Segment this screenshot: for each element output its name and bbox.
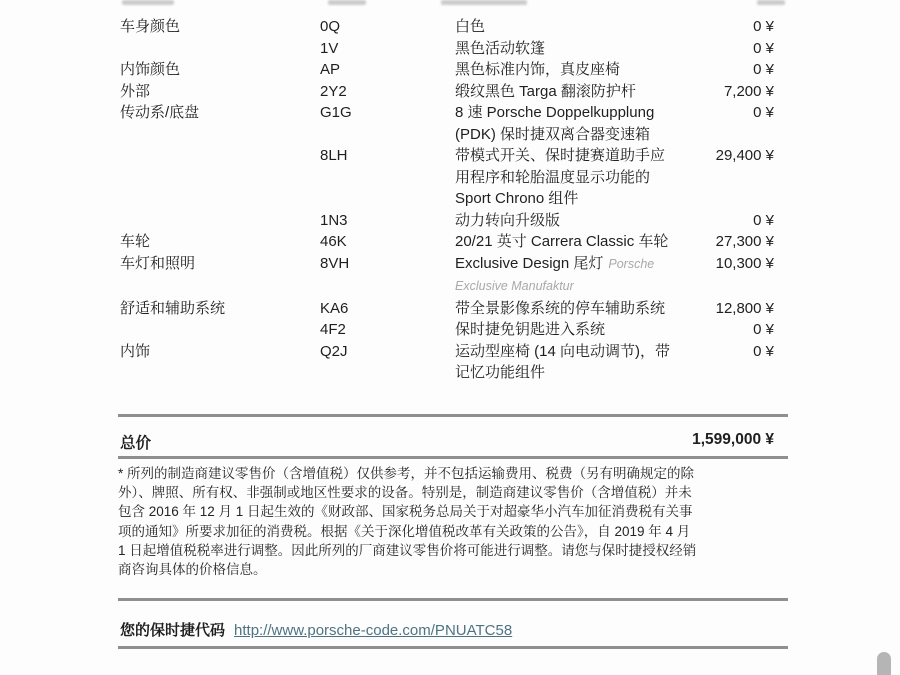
- description-text: Exclusive Design 尾灯: [455, 255, 603, 272]
- option-code-cell: 4F2: [320, 319, 455, 341]
- category-cell: 外部: [120, 81, 320, 103]
- option-code-cell: Q2J: [320, 341, 455, 363]
- category-cell: 传动系/底盘: [120, 102, 320, 124]
- price-cell: 0 ¥: [695, 210, 788, 232]
- table-row: 4F2 保时捷免钥匙进入系统 0 ¥: [120, 319, 788, 341]
- category-cell: 舒适和辅助系统: [120, 298, 320, 320]
- description-text: 带全景影像系统的停车辅助系统: [455, 300, 665, 317]
- description-text: 动力转向升级版: [455, 212, 560, 229]
- clipped-row-fragment: [441, 0, 527, 5]
- description-text: 20/21 英寸 Carrera Classic 车轮: [455, 233, 668, 250]
- option-code-cell: 8VH: [320, 253, 455, 275]
- description-cell: 带模式开关、保时捷赛道助手应 用程序和轮胎温度显示功能的 Sport Chron…: [455, 145, 695, 210]
- table-row: 车灯和照明 8VH Exclusive Design 尾灯Porsche Exc…: [120, 253, 788, 298]
- description-cell: 黑色活动软篷: [455, 38, 695, 60]
- category-cell: 车轮: [120, 231, 320, 253]
- option-code-cell: G1G: [320, 102, 455, 124]
- price-cell: 29,400 ¥: [695, 145, 788, 167]
- price-cell: 7,200 ¥: [695, 81, 788, 103]
- price-cell: 0 ¥: [695, 102, 788, 124]
- porsche-code-label: 您的保时捷代码: [120, 619, 225, 640]
- divider: [118, 456, 788, 459]
- table-row: 车轮 46K 20/21 英寸 Carrera Classic 车轮 27,30…: [120, 231, 788, 253]
- description-cell: 运动型座椅 (14 向电动调节)，带 记忆功能组件: [455, 341, 695, 384]
- description-cell: 20/21 英寸 Carrera Classic 车轮: [455, 231, 695, 253]
- options-table: 车身颜色 0Q 白色 0 ¥ 1V 黑色活动软篷 0 ¥ 内饰颜色 AP 黑色标…: [120, 16, 788, 384]
- description-text: 8 速 Porsche Doppelkupplung (PDK) 保时捷双离合器…: [455, 104, 654, 143]
- price-cell: 0 ¥: [695, 59, 788, 81]
- description-cell: 缎纹黑色 Targa 翻滚防护杆: [455, 81, 695, 103]
- description-cell: 黑色标准内饰，真皮座椅: [455, 59, 695, 81]
- description-text: 黑色标准内饰，真皮座椅: [455, 61, 620, 78]
- divider: [118, 598, 788, 601]
- total-label: 总价: [120, 431, 151, 453]
- category-cell: 车身颜色: [120, 16, 320, 38]
- description-text: 保时捷免钥匙进入系统: [455, 321, 605, 338]
- price-cell: 10,300 ¥: [695, 253, 788, 275]
- description-cell: Exclusive Design 尾灯Porsche Exclusive Man…: [455, 253, 695, 298]
- option-code-cell: 0Q: [320, 16, 455, 38]
- price-cell: 0 ¥: [695, 16, 788, 38]
- price-cell: 0 ¥: [695, 319, 788, 341]
- price-disclaimer-footnote: * 所列的制造商建议零售价（含增值税）仅供参考，并不包括运输费用、税费（另有明确…: [118, 464, 790, 579]
- table-row: 外部 2Y2 缎纹黑色 Targa 翻滚防护杆 7,200 ¥: [120, 81, 788, 103]
- option-code-cell: AP: [320, 59, 455, 81]
- price-cell: 0 ¥: [695, 341, 788, 363]
- description-text: 白色: [455, 18, 485, 35]
- description-cell: 8 速 Porsche Doppelkupplung (PDK) 保时捷双离合器…: [455, 102, 695, 145]
- description-cell: 动力转向升级版: [455, 210, 695, 232]
- option-code-cell: KA6: [320, 298, 455, 320]
- porsche-code-row: 您的保时捷代码 http://www.porsche-code.com/PNUA…: [120, 619, 512, 640]
- total-row: 总价 1,599,000 ¥: [120, 431, 786, 453]
- option-code-cell: 8LH: [320, 145, 455, 167]
- vehicle-price-list-document: 车身颜色 0Q 白色 0 ¥ 1V 黑色活动软篷 0 ¥ 内饰颜色 AP 黑色标…: [0, 0, 900, 675]
- table-row: 传动系/底盘 G1G 8 速 Porsche Doppelkupplung (P…: [120, 102, 788, 145]
- description-cell: 白色: [455, 16, 695, 38]
- category-cell: 内饰: [120, 341, 320, 363]
- price-cell: 27,300 ¥: [695, 231, 788, 253]
- table-row: 舒适和辅助系统 KA6 带全景影像系统的停车辅助系统 12,800 ¥: [120, 298, 788, 320]
- price-cell: 12,800 ¥: [695, 298, 788, 320]
- category-cell: 车灯和照明: [120, 253, 320, 275]
- divider: [118, 646, 788, 649]
- porsche-code-link[interactable]: http://www.porsche-code.com/PNUATC58: [234, 622, 512, 639]
- divider: [118, 414, 788, 417]
- table-row: 8LH 带模式开关、保时捷赛道助手应 用程序和轮胎温度显示功能的 Sport C…: [120, 145, 788, 210]
- description-text: 带模式开关、保时捷赛道助手应 用程序和轮胎温度显示功能的 Sport Chron…: [455, 147, 665, 207]
- clipped-row-fragment: [757, 0, 785, 5]
- table-row: 车身颜色 0Q 白色 0 ¥: [120, 16, 788, 38]
- clipped-row-fragment: [328, 0, 366, 5]
- table-row: 1V 黑色活动软篷 0 ¥: [120, 38, 788, 60]
- description-text: 运动型座椅 (14 向电动调节)，带 记忆功能组件: [455, 343, 670, 382]
- total-price: 1,599,000 ¥: [692, 431, 786, 453]
- scrollbar-thumb[interactable]: [877, 652, 891, 675]
- description-cell: 保时捷免钥匙进入系统: [455, 319, 695, 341]
- description-text: 缎纹黑色 Targa 翻滚防护杆: [455, 83, 636, 100]
- option-code-cell: 1N3: [320, 210, 455, 232]
- table-row: 内饰 Q2J 运动型座椅 (14 向电动调节)，带 记忆功能组件 0 ¥: [120, 341, 788, 384]
- table-row: 1N3 动力转向升级版 0 ¥: [120, 210, 788, 232]
- option-code-cell: 1V: [320, 38, 455, 60]
- table-row: 内饰颜色 AP 黑色标准内饰，真皮座椅 0 ¥: [120, 59, 788, 81]
- description-text: 黑色活动软篷: [455, 40, 545, 57]
- description-cell: 带全景影像系统的停车辅助系统: [455, 298, 695, 320]
- price-cell: 0 ¥: [695, 38, 788, 60]
- option-code-cell: 2Y2: [320, 81, 455, 103]
- option-code-cell: 46K: [320, 231, 455, 253]
- clipped-row-fragment: [122, 0, 174, 5]
- category-cell: 内饰颜色: [120, 59, 320, 81]
